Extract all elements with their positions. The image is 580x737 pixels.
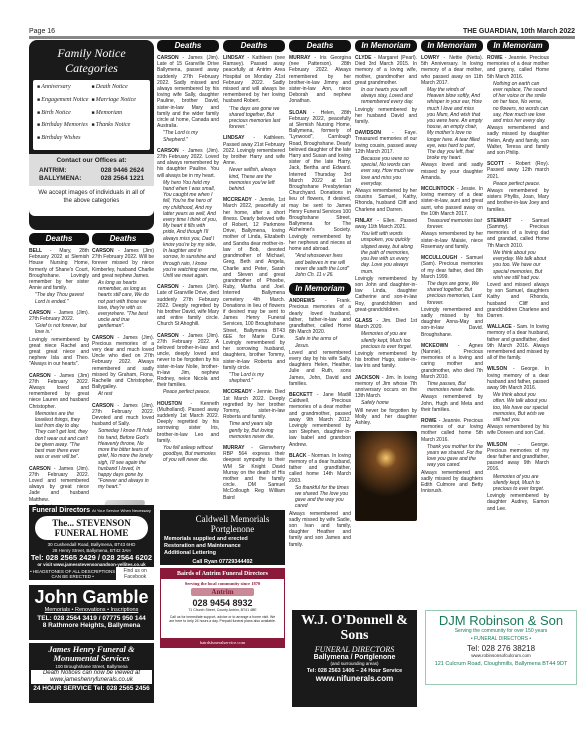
notice-verse: Memories are the loveliest things, they … <box>29 411 89 461</box>
notice-name: DAVIDSON <box>355 130 381 136</box>
notice-entry: GLASS - Jim. Died 1st March 2020.Memorie… <box>355 318 417 370</box>
notice-verse: Never selfish, always kind, These are th… <box>223 167 285 192</box>
notice-entry: CLYDE - Margaret (Pearl). Died 3rd March… <box>355 55 417 125</box>
in-memoriam-heading: In Memoriam <box>487 40 549 52</box>
notice-text: - James (Jim). 27th February 2022. Loved… <box>29 466 89 503</box>
notice-entry: CARSON - James (Jim). 27th February 2022… <box>92 403 154 491</box>
notice-name: MCCREADY <box>223 197 252 203</box>
notice-verse: May the winds of Heaven blow softly, And… <box>421 87 483 161</box>
notice-text: - Jane Madill Caldwell. Precious memorie… <box>289 392 351 448</box>
notice-verse: "And whosoever lives and believes in me … <box>289 253 351 278</box>
deaths-heading: Deaths <box>29 233 89 245</box>
notice-verse: 'Grief is not forever, but love is.' <box>29 323 89 335</box>
notice-text: - Mary, 28th February 2022 at Slemish Ho… <box>29 248 89 291</box>
robinson-website[interactable]: www.robinsonsofculcrum.com <box>426 653 576 658</box>
notice-name: LINDSAY <box>223 135 245 141</box>
notice-verse: As long as hearts remember, as long as h… <box>92 280 154 330</box>
notice-name: MCCULLOUGH <box>421 255 457 261</box>
notice-entry: JACKSON - Jim. In loving memory of Jim w… <box>355 375 417 427</box>
notice-verse: Treasured memories last forever. <box>421 218 483 230</box>
notice-text: Always remembered by her sister-in-law M… <box>421 231 483 249</box>
notice-entry: SCOTT - Robert (Roy). Passed away 12th m… <box>487 161 549 213</box>
notice-entry: MCCREADY - Jennie. Died 1st March 2022. … <box>223 389 285 440</box>
notice-name: WILSON <box>487 366 507 372</box>
categories-title: Family Notice Categories <box>33 46 150 76</box>
category-item: Thanks Notice <box>92 121 147 134</box>
notice-entry: MURRAY - Glenwherry RBP 564 express thei… <box>223 445 285 501</box>
notice-entry: WILSON - George. In loving memory of a d… <box>487 366 549 436</box>
deaths-heading: Deaths <box>223 40 285 52</box>
categories-list: AnniversaryDeath NoticeEngagement Notice… <box>33 80 150 150</box>
column-8: In MemoriamROWE - Jeannie. Precious memo… <box>487 40 549 517</box>
notice-text: - Helen, 28th February 2022, peacefully … <box>289 110 351 252</box>
notice-text: - Glenwherry RBP 564 express their deepe… <box>223 445 285 501</box>
notice-name: ROWE <box>487 55 503 61</box>
notice-text: Will never be forgotten by Molly and her… <box>355 408 417 426</box>
notice-verse: We think about you often. We talk about … <box>487 392 549 423</box>
notice-entry: ROWE - Jeannie. Precious memories of our… <box>421 418 483 494</box>
notice-name: LINDSAY <box>223 55 245 61</box>
notice-entry: HOUSTON - Kenneth (Mulholland). Passed a… <box>157 401 219 464</box>
accept-images-note: We accept images of individuals in all o… <box>29 186 154 216</box>
notice-text: - James (Jim) 27th February 2022. Always… <box>29 373 89 410</box>
notice-text: Always remembered by John, Hugh and Meta… <box>421 394 483 412</box>
notice-entry: LINDSAY - Kathleen (nee Ramsey). Passed … <box>223 55 285 130</box>
notice-name: CARSON <box>157 148 179 154</box>
column-2: DeathsCARSON - James (Jim) 27th February… <box>92 233 154 496</box>
notice-verse: Safely home <box>355 400 417 406</box>
family-notice-categories: Family Notice Categories AnniversaryDeat… <box>29 40 154 230</box>
column-7: In MemoriamLOWRY - Nettie (Netta). 5th A… <box>421 40 483 499</box>
category-item: Death Notice <box>92 83 147 96</box>
notice-name: MCKEOWN <box>421 343 448 349</box>
notice-verse: We think about you everyday. We talk abo… <box>487 250 549 281</box>
contact-box: Contact our Offices at: ANTRIM:028 9446 … <box>29 154 154 186</box>
notice-name: CARSON <box>92 335 114 341</box>
office-ballymena: BALLYMENA:028 2564 1221 <box>39 175 144 183</box>
notice-entry: ROWE - Jeannie. Precious memories of a d… <box>487 55 549 156</box>
notice-name: CARSON <box>92 248 114 254</box>
notice-text: - Kenneth (Mulholland). Passed away sudd… <box>157 401 219 444</box>
james-henry-ad: James Henry Funeral & Monumental Service… <box>29 643 154 703</box>
notice-text: Always loved and sadly missed by your da… <box>421 162 483 180</box>
notice-name: WALLACE <box>487 324 512 330</box>
column-6: In MemoriamCLYDE - Margaret (Pearl). Die… <box>355 40 417 431</box>
page-number: Page 16 <box>29 28 55 35</box>
notice-name: MCCREADY <box>223 389 252 395</box>
notice-text: - Frank. Precious memories of a dearly l… <box>289 298 351 335</box>
deaths-heading: Deaths <box>157 40 219 52</box>
bairds-of-antrim-ad: Bairds of Antrim Funeral Directors Servi… <box>160 568 285 648</box>
notice-name: BLACK <box>289 453 307 459</box>
notice-text: Always remembered and sadly missed by da… <box>421 470 483 495</box>
notice-name: CARSON <box>29 466 51 472</box>
in-memoriam-heading: In Memoriam <box>421 40 483 52</box>
category-item: Engagement Notice <box>37 96 92 109</box>
header-rule <box>29 36 575 39</box>
notice-entry: LINDSAY - Kathleen. Passed away 21st Feb… <box>223 135 285 192</box>
notice-text: Lovingly remembered and sadly missed by … <box>421 307 483 338</box>
notice-verse: You left with words unspoken, you quickl… <box>355 231 417 274</box>
notice-entry: CARSON - James (Jim). Late of Granville … <box>157 284 219 327</box>
notice-text: Lovingly remembered by his brother Hugo,… <box>355 351 417 369</box>
notice-entry: CARSON - James (Jim). Precious memories … <box>92 335 154 398</box>
notice-text: Lovingly remembered by son John and daug… <box>355 276 417 313</box>
notice-entry: WALLACE - Sam. In loving memory of a dea… <box>487 324 549 361</box>
notice-verse: Nothing on earth can ever replace, The s… <box>487 81 549 124</box>
notice-entry: LOWRY - Nettie (Netta). 5th Anniversary.… <box>421 55 483 181</box>
stevenson-funeral-ad: Funeral Directors At Your Service When N… <box>29 505 154 580</box>
notice-name: SLOAN <box>289 110 307 116</box>
notice-verse: At rest <box>92 391 154 397</box>
notice-name: CARSON <box>157 284 179 290</box>
notice-name: ROWE <box>421 418 437 424</box>
notice-verse: Memories of you are silently kept, Much … <box>487 474 549 493</box>
notice-name: JACKSON <box>355 375 379 381</box>
notice-name: ANDREWS <box>289 298 315 304</box>
notice-text: Always remembered and sadly missed by da… <box>487 125 549 156</box>
notice-entry: MCCREADY - Jennie, 1st March 2022, peace… <box>223 197 285 384</box>
contact-title: Contact our Offices at: <box>39 157 144 165</box>
notice-verse: Peace perfect peace. <box>157 389 219 395</box>
notice-verse: Time and years slip gently by, But lovin… <box>223 421 285 440</box>
notice-entry: BLACK - Norman. In loving memory of a de… <box>289 453 351 548</box>
notice-name: WILSON <box>487 442 507 448</box>
notice-verse: Thank you mother for the years we shared… <box>421 444 483 469</box>
notice-name: FINLAY <box>355 218 373 224</box>
notice-text: Lovingly remembered by great niece Rache… <box>29 337 89 368</box>
notice-entry: SLOAN - Helen, 28th February 2022, peace… <box>289 110 351 278</box>
notice-entry: MCCULLOUGH - Samuel (Sam). Precious memo… <box>421 255 483 338</box>
notice-verse: "The Lord is my Shepherd." <box>157 130 219 142</box>
notice-verse: In our hearts you will always stay, Love… <box>355 87 417 106</box>
column-3: DeathsCARSON - James (Jim). Late of 15 G… <box>157 40 219 469</box>
notice-verse: 'The days are gone we shared together, B… <box>223 106 285 131</box>
notice-verse: Time passes, But memories never fade. <box>421 381 483 393</box>
column-5: DeathsMURRAY - Iris Georgina (nee Patter… <box>289 40 351 553</box>
category-item: Memoriam <box>92 109 147 122</box>
notice-text: - Sam. In loving memory of a dear husban… <box>487 324 549 361</box>
notice-text: Lovingly remembered by her husband David… <box>355 107 417 125</box>
notice-entry: CARSON - James (Jim) 27th February 2022.… <box>92 248 154 330</box>
category-item: Anniversary <box>37 83 92 96</box>
notice-verse: Safe in the arms of Jesus. <box>289 336 351 348</box>
notice-verse: So thankful for the times we shared The … <box>289 485 351 510</box>
james-henry-website[interactable]: Death Notices can now be viewed at www.j… <box>31 670 152 684</box>
column-4: DeathsLINDSAY - Kathleen (nee Ramsey). P… <box>223 40 285 506</box>
notice-name: CARSON <box>92 403 114 409</box>
notice-entry: CARSON - James (Jim). Late of 15 Granvil… <box>157 55 219 143</box>
notice-verse: Memories of you are silently kept, Much … <box>355 331 417 350</box>
notice-name: BECKETT <box>289 392 313 398</box>
john-gamble-ad: John Gamble Memorials • Renovations • In… <box>29 585 154 640</box>
notice-text: - James (Jim). Late of Granville Drive, … <box>157 284 219 327</box>
notice-text: - Jennie, 1st March 2022, peacefully at … <box>223 197 285 370</box>
caldwell-memorials-ad: Caldwell Memorials Portglenone Memorials… <box>160 510 285 565</box>
notice-name: CARSON <box>157 55 179 61</box>
notice-name: CARSON <box>157 333 179 339</box>
notice-verse: Someday I know I'll hold his hand, Befor… <box>92 428 154 490</box>
odonnell-funeral-ad: W.J. O'Donnell & Sons FUNERAL DIRECTORS … <box>292 610 417 707</box>
notice-verse: Because you were so special, No words ca… <box>355 156 417 187</box>
facebook-icon[interactable]: Find us on Facebook <box>116 567 154 581</box>
robinson-funeral-ad: DJM Robinson & Son Serving the community… <box>425 610 577 685</box>
notice-text: - James (Jim). 27th February 2022. A bel… <box>157 333 219 389</box>
deaths-heading: Deaths <box>289 40 351 52</box>
notice-name: STEWART <box>487 218 511 224</box>
in-memoriam-heading: In Memoriam <box>289 283 351 295</box>
stevenson-name: The... STEVENSON FUNERAL HOME <box>35 516 148 540</box>
notice-entry: CARSON - James (Jim). 27th February 2022… <box>157 333 219 396</box>
bairds-website[interactable]: bairdsfuneralservice.com <box>161 638 284 647</box>
notice-text: - James (Jim). Precious memories of a ve… <box>92 335 154 391</box>
notice-text: - Kathleen (nee Ramsey). Passed away pea… <box>223 55 285 104</box>
category-item: Birthday Wishes <box>37 134 92 147</box>
notice-entry: CARSON - James (Jim). 27th February 2022… <box>157 148 219 279</box>
notice-entry: BECKETT - Jane Madill Caldwell. Precious… <box>289 392 351 448</box>
notice-text: Always remembered and sadly missed by wi… <box>289 511 351 548</box>
notice-name: MURRAY <box>223 445 244 451</box>
office-antrim: ANTRIM:028 9446 2624 <box>39 167 144 175</box>
notice-name: CARSON <box>29 310 51 316</box>
notice-entry: MCCLINTOCK - Jessie. In loving memory of… <box>421 186 483 250</box>
notice-text: Lovingly remembered by daughter Audrey, … <box>487 493 549 511</box>
notice-name: LOWRY <box>421 55 439 61</box>
notice-text: Always remembered by her cousins Samuel,… <box>355 188 417 213</box>
notice-text: Always remembered by his wife Doreen and… <box>487 424 549 436</box>
notice-verse: The days are gone, We shared together, B… <box>421 281 483 306</box>
notice-entry: MCKEOWN - Agnes (Nannie). Precious memor… <box>421 343 483 413</box>
notice-text: Loved and missed always by son Samuel, d… <box>487 282 549 319</box>
notice-name: MURRAY <box>289 55 310 61</box>
notice-text: - James (Jim). Late of 15 Granville Driv… <box>157 55 219 129</box>
notice-text: - Agnes (Nannie). Precious memories of a… <box>421 343 483 380</box>
deaths-heading: Deaths <box>92 233 154 245</box>
column-1: DeathsBELL - Mary, 28th February 2022 at… <box>29 233 89 534</box>
notice-entry: STEWART - Samuel (Sammy). Precious memor… <box>487 218 549 319</box>
notice-name: GLASS <box>355 318 372 324</box>
odonnell-website[interactable]: www.nifunerals.com <box>292 674 417 683</box>
notice-entry: CARSON - James (Jim) 27th February 2022.… <box>29 373 89 461</box>
notice-text: Always remembered by sisters Phyllis, Jo… <box>487 188 549 213</box>
notice-entry: MURRAY - Iris Georgina (nee Patterson). … <box>289 55 351 105</box>
candle-image <box>355 431 417 521</box>
stevenson-phone: Tel: 028 2565 2429 / 028 2564 6202 <box>29 553 154 562</box>
notice-text: - Iris Georgina (nee Patterson). 28th Fe… <box>289 55 351 104</box>
category-item: Birth Notice <box>37 109 92 122</box>
notice-name: MCCLINTOCK <box>421 186 455 192</box>
notice-entry: ANDREWS - Frank. Precious memories of a … <box>289 298 351 387</box>
notice-verse: "The day Thou gavest Lord is ended." <box>29 292 89 304</box>
notice-name: CLYDE <box>355 55 372 61</box>
notice-name: SCOTT <box>487 161 504 167</box>
notice-verse: Peace perfect peace. <box>487 181 549 187</box>
notice-text: Loved and remembered every day by his wi… <box>289 350 351 387</box>
notice-entry: FINLAY - Ellen. Passed away 11th March 2… <box>355 218 417 313</box>
notice-name: BELL <box>29 248 42 254</box>
notice-name: CARSON <box>29 373 51 379</box>
in-memoriam-heading: In Memoriam <box>355 40 417 52</box>
notice-entry: CARSON - James (Jim). 27th February 2022… <box>29 310 89 368</box>
masthead: THE GUARDIAN, 10th March 2022 <box>463 28 575 35</box>
notice-entry: DAVIDSON - Faye. Treasured memories of o… <box>355 130 417 213</box>
notice-verse: You fell asleep without goodbye, But mem… <box>157 445 219 464</box>
notice-name: HOUSTON <box>157 401 182 407</box>
notice-verse: "The Lord is my shepherd." <box>223 372 285 384</box>
category-item: Marriage Notice <box>92 96 147 109</box>
notice-entry: BELL - Mary, 28th February 2022 at Slemi… <box>29 248 89 305</box>
notice-verse: My hero You held my hand when I was smal… <box>157 180 219 279</box>
category-item: Birthday Memories <box>37 121 92 134</box>
notice-entry: WILSON - George. Precious memories of my… <box>487 442 549 512</box>
